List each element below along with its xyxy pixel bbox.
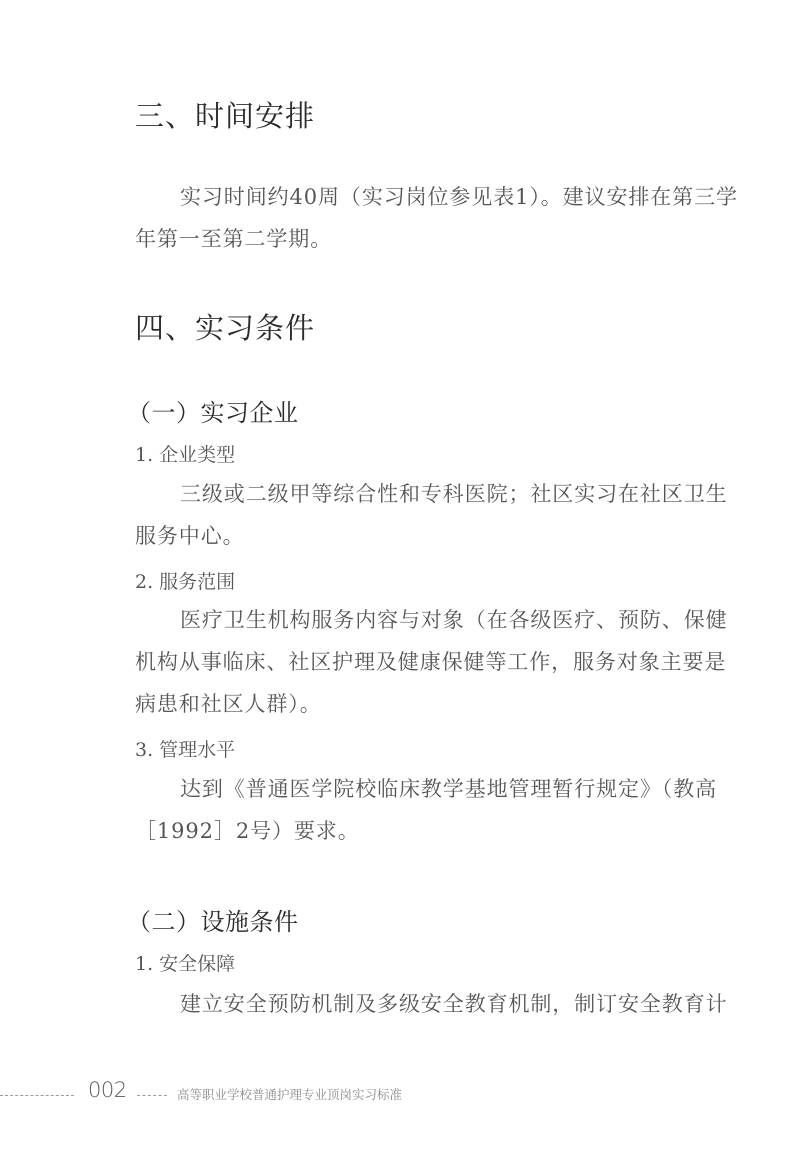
paragraph-safety: 建立安全预防机制及多级安全教育机制，制订安全教育计 (90, 983, 705, 1025)
paragraph-line: 实习时间约40周（实习岗位参见表1）。建议安排在第三学 (90, 176, 705, 218)
page-number: 002 (88, 1078, 127, 1102)
running-book-title: 高等职业学校普通护理专业顶岗实习标准 (177, 1085, 402, 1103)
section-heading-schedule: 三、时间安排 (135, 94, 315, 135)
item-title-enterprise-type: 1. 企业类型 (135, 440, 235, 467)
paragraph-line: ［1992］2号）要求。 (90, 810, 705, 852)
paragraph-line: 服务中心。 (90, 515, 705, 557)
paragraph-line: 医疗卫生机构服务内容与对象（在各级医疗、预防、保健 (90, 599, 705, 641)
paragraph-enterprise-type: 三级或二级甲等综合性和专科医院；社区实习在社区卫生 服务中心。 (90, 473, 705, 557)
paragraph-line: 病患和社区人群）。 (90, 683, 705, 725)
paragraph-line: 三级或二级甲等综合性和专科医院；社区实习在社区卫生 (90, 473, 705, 515)
subsection-heading-facilities: （二）设施条件 (127, 902, 299, 937)
paragraph-line: 建立安全预防机制及多级安全教育机制，制订安全教育计 (90, 983, 705, 1025)
footer-divider-middle (137, 1095, 167, 1096)
section-heading-conditions: 四、实习条件 (135, 306, 315, 347)
paragraph-line: 达到《普通医学院校临床教学基地管理暂行规定》（教高 (90, 768, 705, 810)
document-page: 三、时间安排 实习时间约40周（实习岗位参见表1）。建议安排在第三学 年第一至第… (0, 0, 800, 1150)
page-footer: 002 高等职业学校普通护理专业顶岗实习标准 (0, 1078, 800, 1108)
paragraph-management-level: 达到《普通医学院校临床教学基地管理暂行规定》（教高 ［1992］2号）要求。 (90, 768, 705, 852)
paragraph-service-scope: 医疗卫生机构服务内容与对象（在各级医疗、预防、保健 机构从事临床、社区护理及健康… (90, 599, 705, 725)
item-title-management-level: 3. 管理水平 (135, 735, 235, 762)
subsection-heading-enterprise: （一）实习企业 (127, 393, 299, 428)
paragraph-line: 年第一至第二学期。 (90, 218, 705, 260)
footer-divider-left (0, 1095, 74, 1096)
item-title-service-scope: 2. 服务范围 (135, 567, 235, 594)
item-title-safety: 1. 安全保障 (135, 949, 235, 976)
paragraph-schedule: 实习时间约40周（实习岗位参见表1）。建议安排在第三学 年第一至第二学期。 (90, 176, 705, 260)
paragraph-line: 机构从事临床、社区护理及健康保健等工作，服务对象主要是 (90, 641, 705, 683)
